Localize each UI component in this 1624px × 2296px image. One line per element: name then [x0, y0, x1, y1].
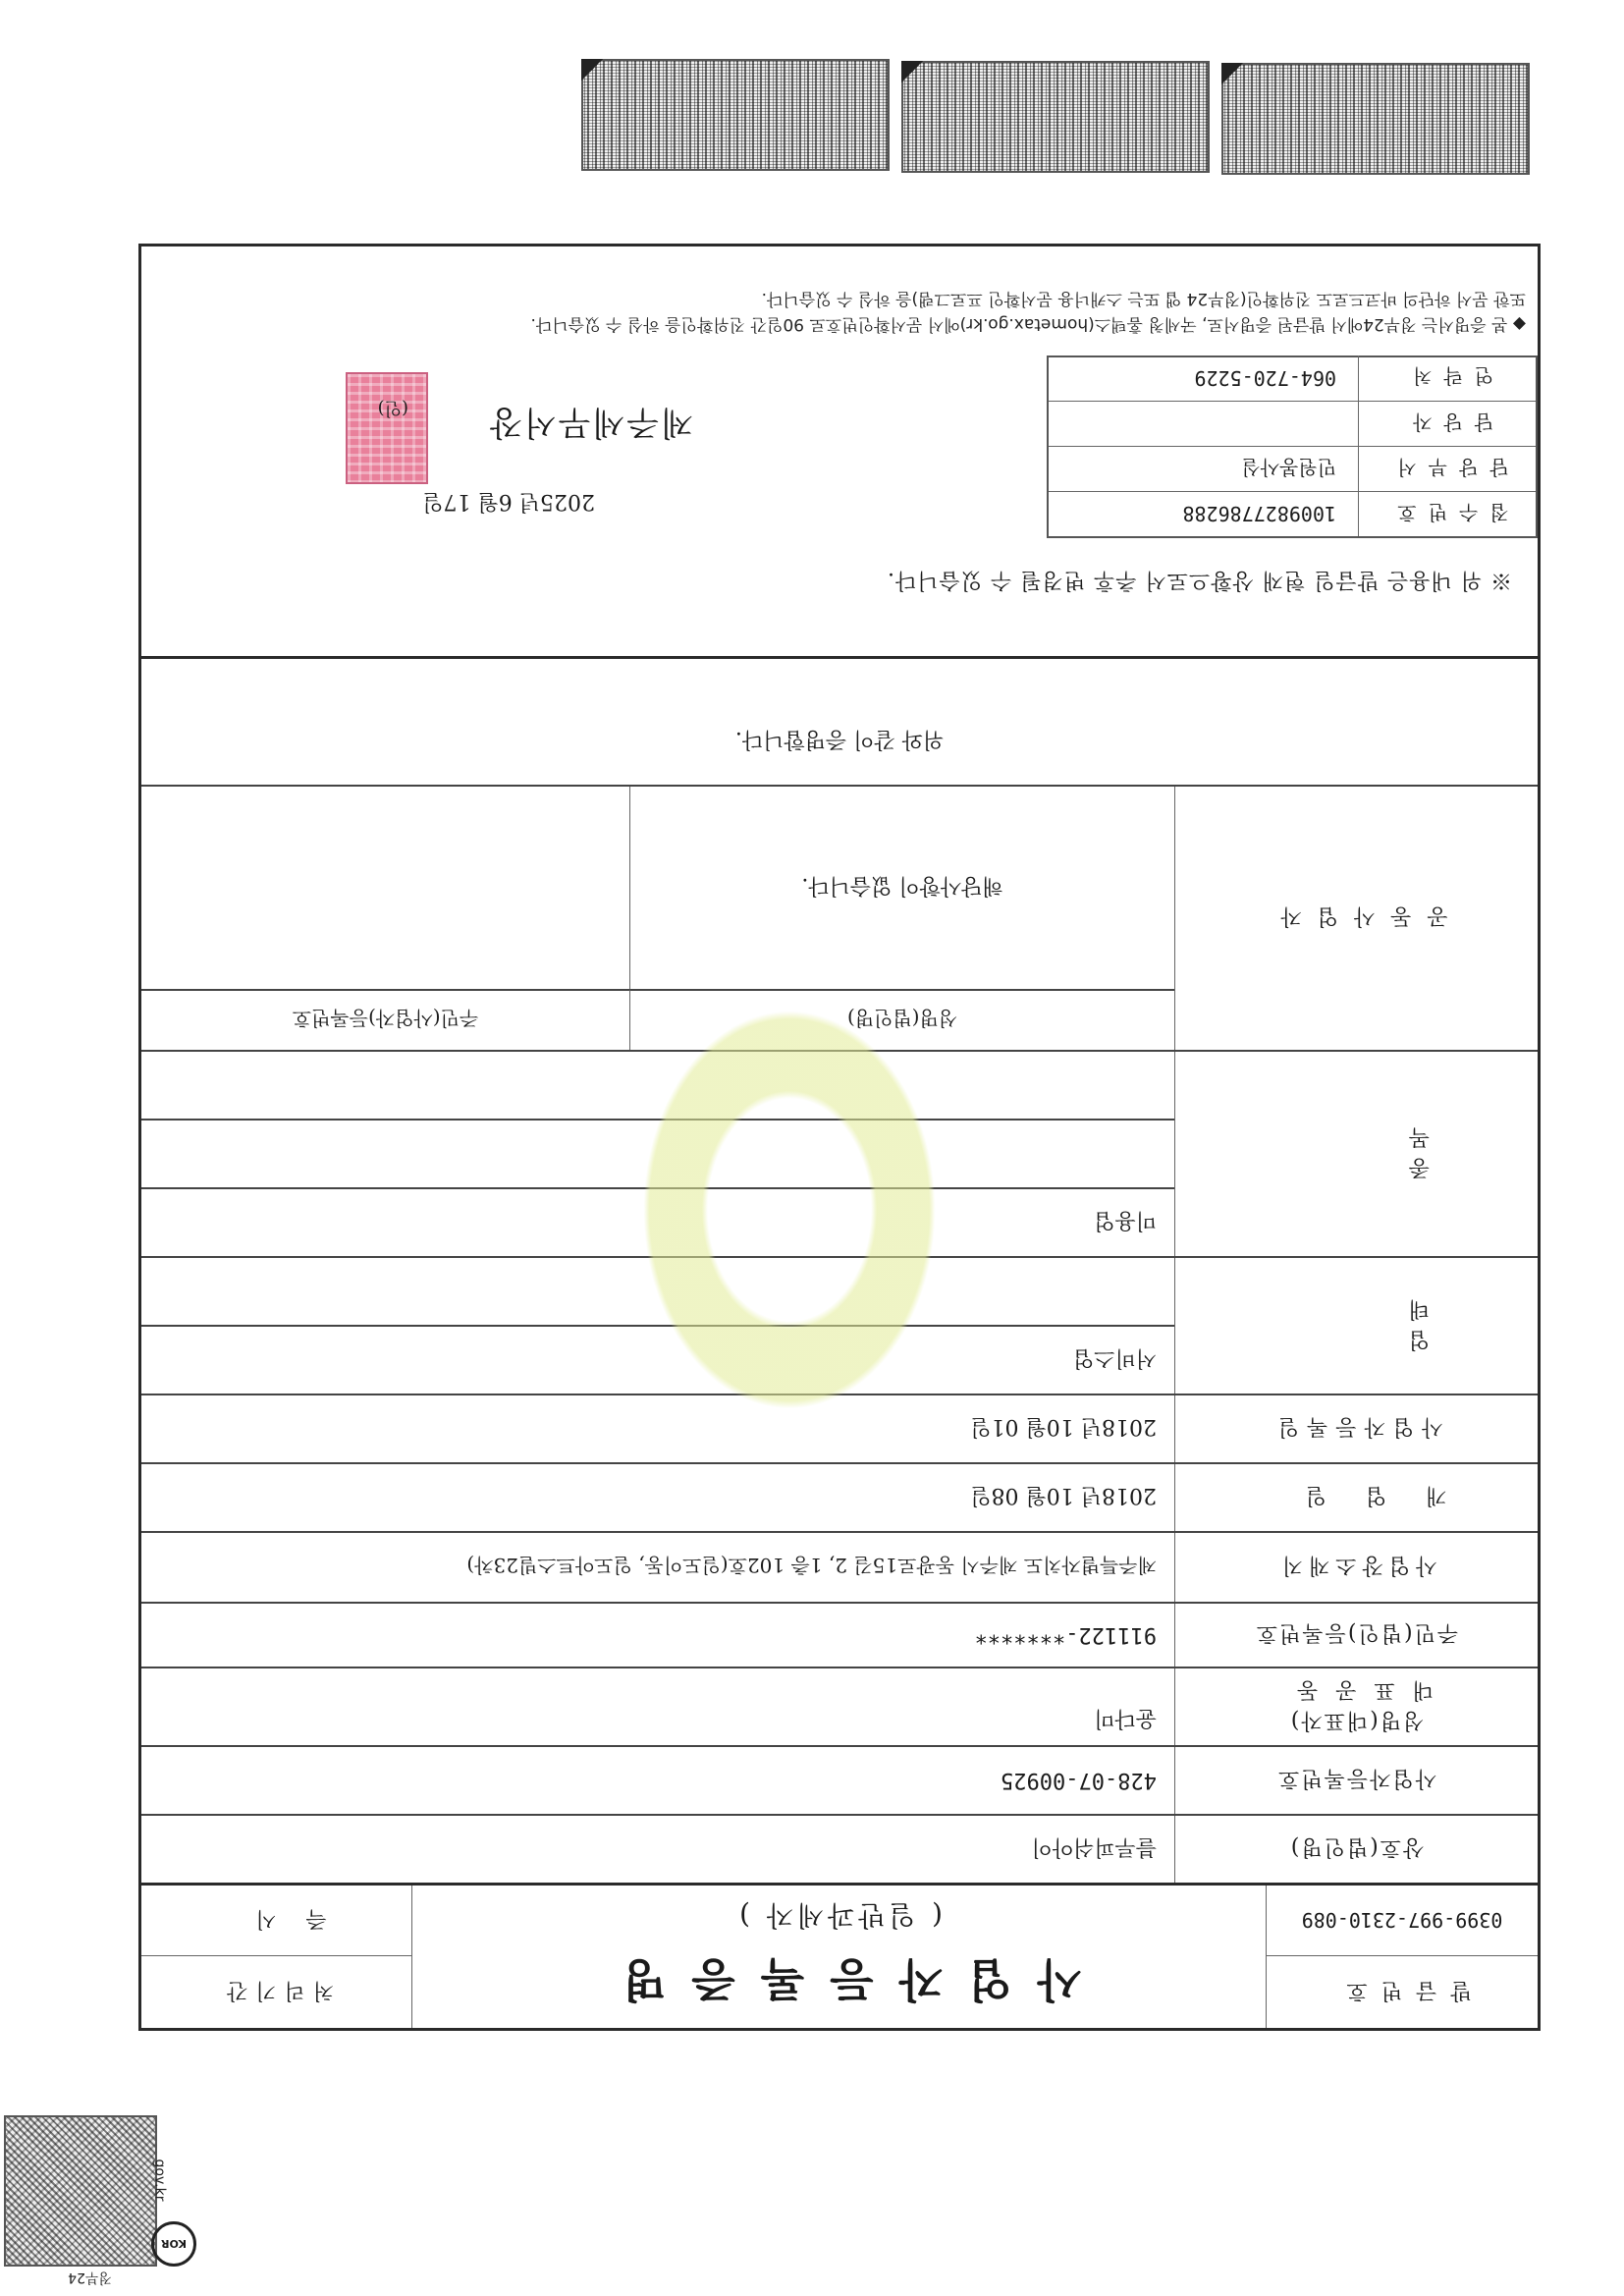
row-address: 사업장소재지 제주특별자치도 제주시 동광로15길 2, 1층 102호(일도이… [141, 1531, 1538, 1602]
contact-row: 담당부서 민원봉사실 [1049, 446, 1536, 491]
reg-date-label: 사업자등록일 [1174, 1395, 1538, 1462]
processing-period-label: 처리기간 [141, 1955, 411, 2028]
representative-label: 성명(대표자) [1289, 1707, 1424, 1737]
issue-number-label: 발급번호 [1266, 1955, 1538, 2028]
processing-period: 즉시 [141, 1886, 411, 1955]
address-label: 사업장소재지 [1174, 1533, 1538, 1602]
row-business-type: 업태 서비스업 [141, 1256, 1538, 1394]
business-item-label: 종목 [1174, 1052, 1538, 1256]
issue-date: 2025년 6월 17일 [422, 488, 595, 519]
representative-label-block: 성명(대표자) 대표공동 [1174, 1668, 1538, 1745]
co-business-header-id: 주민(사업자)등록번호 [141, 989, 629, 1050]
contact-table: 접수번호 1009827786288 담당부서 민원봉사실 담당자 연락처 06… [1047, 355, 1538, 538]
business-type-2 [141, 1258, 1174, 1325]
phone-label: 연락처 [1358, 355, 1536, 401]
verification-notice: ◆ 본 증명서는 정부24에서 발급된 증명서로, 국세청 홈택스(hometa… [92, 286, 1526, 337]
open-date: 2018년 10월 08일 [141, 1464, 1174, 1531]
co-business-value-empty [141, 787, 629, 989]
seal-mark: (인) [378, 397, 408, 422]
issue-number: 0399-997-2310-089 [1266, 1886, 1538, 1955]
trade-name-label: 상호(법인명) [1174, 1816, 1538, 1883]
row-open-date: 개업일 2018년 10월 08일 [141, 1462, 1538, 1531]
certificate-form: 발급번호 0399-997-2310-089 사업자등록증명 ( 일반과세자 )… [138, 656, 1541, 2031]
receipt-no-label: 접수번호 [1358, 492, 1536, 536]
row-reg-date: 사업자등록일 2018년 10월 01일 [141, 1394, 1538, 1462]
row-resident-no: 주민(법인)등록번호 911122-******* [141, 1602, 1538, 1667]
row-co-business: 공동사업자 성명(법인명) 주민(사업자)등록번호 해당사항이 없습니다. [141, 785, 1538, 1050]
certification-statement: 위와 같이 증명합니다. [141, 722, 1538, 761]
issuer-name: 제주세무서장 [488, 402, 693, 450]
business-reg-no: 428-07-00925 [141, 1747, 1174, 1814]
official-seal [346, 372, 428, 484]
document-barcode-1 [1221, 63, 1530, 175]
row-trade-name: 상호(법인명) 블루피쉬아이 [141, 1814, 1538, 1883]
co-business-label: 공동사업자 [1174, 787, 1538, 1050]
representative: 윤다미 [141, 1668, 1174, 1745]
document-barcode-2 [901, 61, 1210, 173]
govkr-label: gov.kr [152, 2159, 168, 2202]
business-type-1: 서비스업 [141, 1325, 1174, 1394]
row-business-item: 종목 미용업 [141, 1050, 1538, 1256]
document-title: 사업자등록증명 [597, 1951, 1081, 2016]
row-representative: 성명(대표자) 대표공동 윤다미 [141, 1667, 1538, 1745]
business-item-1: 미용업 [141, 1187, 1174, 1256]
resident-no: 911122-******* [141, 1604, 1174, 1667]
certification-note: ※ 위 내용은 발급일 현재 상황으로서 추후 변경될 수 있습니다. [887, 567, 1512, 597]
address: 제주특별자치도 제주시 동광로15길 2, 1층 102호(일도이동, 일도아트… [141, 1533, 1174, 1602]
verification-barcode [4, 2115, 157, 2267]
document-barcode-3 [581, 59, 890, 171]
phone: 064-720-5229 [1049, 355, 1358, 401]
contact-row: 연락처 064-720-5229 [1049, 355, 1536, 401]
form-header: 발급번호 0399-997-2310-089 사업자등록증명 ( 일반과세자 )… [141, 1883, 1538, 2028]
reg-date: 2018년 10월 01일 [141, 1395, 1174, 1462]
co-business-value: 해당사항이 없습니다. [629, 787, 1174, 989]
gov24-label: 정부24 [68, 2269, 112, 2288]
row-business-reg-no: 사업자등록번호 428-07-00925 [141, 1745, 1538, 1814]
business-reg-no-label: 사업자등록번호 [1174, 1747, 1538, 1814]
co-representative-label: 대표공동 [1279, 1676, 1434, 1707]
co-business-header-name: 성명(법인명) [629, 989, 1174, 1050]
business-item-2 [141, 1119, 1174, 1187]
certificate-page: 정부24 gov.kr KOR 발급번호 0399-997-2310-089 사… [0, 0, 1624, 2296]
resident-no-label: 주민(법인)등록번호 [1174, 1604, 1538, 1667]
officer [1049, 402, 1358, 446]
department: 민원봉사실 [1049, 447, 1358, 491]
title-block: 사업자등록증명 ( 일반과세자 ) [411, 1886, 1266, 2028]
kor-logo-icon: KOR [151, 2221, 196, 2267]
open-date-label: 개업일 [1174, 1464, 1538, 1531]
business-type-label: 업태 [1174, 1258, 1538, 1394]
contact-row: 담당자 [1049, 401, 1536, 446]
department-label: 담당부서 [1358, 447, 1536, 491]
notice-line-1: ◆ 본 증명서는 정부24에서 발급된 증명서로, 국세청 홈택스(hometa… [92, 311, 1526, 337]
officer-label: 담당자 [1358, 402, 1536, 446]
notice-line-2: 또한 문서 하단의 바코드로도 진위확인(정부24 앱 또는 스캐너용 문서확인… [92, 286, 1526, 311]
trade-name: 블루피쉬아이 [141, 1816, 1174, 1883]
contact-row: 접수번호 1009827786288 [1049, 491, 1536, 536]
receipt-no: 1009827786288 [1049, 492, 1358, 536]
business-item-3 [141, 1052, 1174, 1119]
document-subtitle: ( 일반과세자 ) [735, 1898, 943, 1938]
